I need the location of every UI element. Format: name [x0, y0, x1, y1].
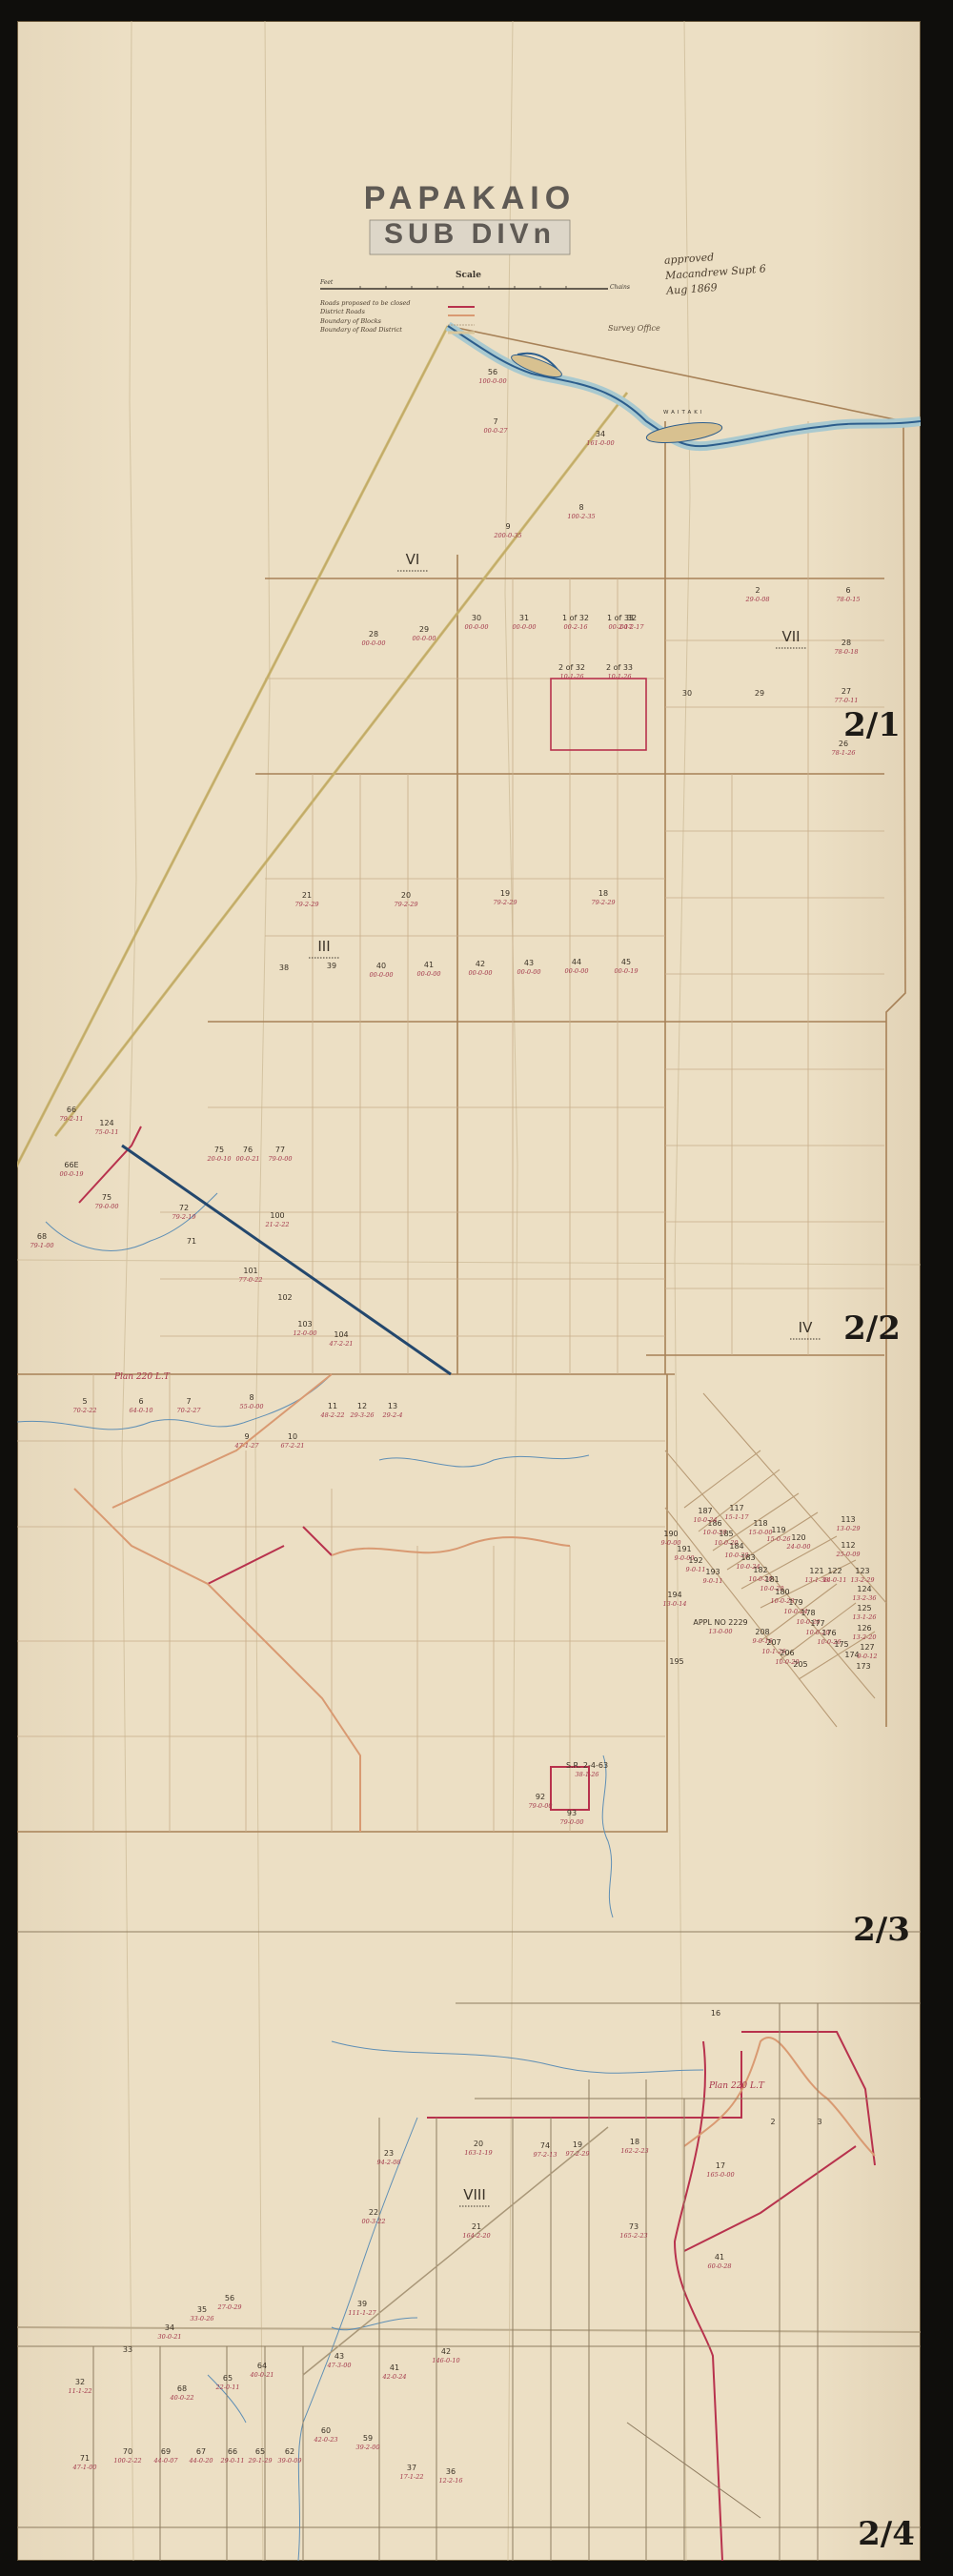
lot-number: 18 — [630, 2138, 639, 2146]
lot-label: 6840-0-22 — [169, 2384, 193, 2402]
lot-number: 6 — [138, 1397, 143, 1406]
lot-number: 18 — [598, 889, 608, 898]
lot-number: 119 — [771, 1526, 785, 1534]
lot-area: 164-2-20 — [462, 2232, 490, 2240]
lot-area: 10-0-24 — [693, 1516, 717, 1524]
lot-number: 191 — [677, 1545, 691, 1553]
lot-label: 1879-2-29 — [591, 889, 615, 906]
lot-number: 64 — [257, 2362, 267, 2370]
lot-area: 9-0-11 — [686, 1566, 706, 1573]
river-label: WAITAKI — [663, 410, 704, 416]
lot-area: 42-0-23 — [313, 2436, 337, 2444]
lot-label: 2777-0-11 — [834, 687, 858, 704]
lot-label: 229-0-08 — [744, 586, 769, 603]
lot-number: 29 — [755, 689, 764, 698]
lot-number: 185 — [719, 1530, 733, 1538]
lot-label: 17165-0-00 — [706, 2161, 734, 2179]
lot-number: 27 — [841, 687, 851, 696]
lot-number: 45 — [621, 958, 631, 966]
lot-area: 163-1-19 — [464, 2149, 492, 2157]
lot-label: 1148-2-22 — [319, 1402, 344, 1419]
lot-area: 64-0-10 — [129, 1407, 152, 1414]
lot-number: 41 — [390, 2363, 399, 2372]
paper-creases — [17, 21, 921, 2561]
lot-number: 179 — [788, 1598, 802, 1607]
lot-number: 65 — [223, 2374, 233, 2383]
lot-number: 34 — [165, 2323, 174, 2332]
lot-label: 20163-1-19 — [464, 2140, 492, 2157]
lot-area: 79-2-29 — [394, 901, 417, 908]
lot-area: 9-0-11 — [703, 1577, 723, 1585]
lot-number: 2 of 32 — [558, 663, 585, 672]
lot-number: 20 — [474, 2140, 483, 2148]
sheet-number: 2/1 — [843, 706, 901, 744]
lot-label: 18710-0-24 — [693, 1507, 717, 1524]
lot-label: 12475-0-11 — [94, 1119, 118, 1136]
lot-number: 40 — [376, 962, 386, 970]
lot-area: 162-2-23 — [620, 2147, 648, 2155]
lot-label: 9279-0-00 — [528, 1793, 552, 1810]
lot-area: 79-0-00 — [268, 1155, 292, 1163]
lot-label: 5627-0-29 — [216, 2294, 241, 2311]
lot-label: 39 — [327, 962, 336, 970]
lot-label: 33 — [123, 2345, 132, 2354]
lot-number: 70 — [123, 2447, 132, 2456]
lot-number: 68 — [177, 2384, 187, 2393]
lot-number: 184 — [729, 1542, 743, 1551]
map-title: PAPAKAIO SUB DIVn — [341, 181, 598, 254]
lot-area: 48-2-22 — [319, 1411, 344, 1419]
lot-label: 5939-2-00 — [355, 2434, 379, 2451]
lot-area: 12-2-16 — [438, 2477, 462, 2485]
lot-area: 47-1-00 — [71, 2464, 96, 2471]
lot-label: 11313-0-29 — [836, 1515, 860, 1532]
lot-label: S.R. 2-4-6338-1-26 — [566, 1761, 608, 1778]
lot-label: 3533-0-26 — [190, 2305, 213, 2322]
lot-number: 32 — [75, 2378, 85, 2386]
lot-number: 127 — [860, 1643, 874, 1652]
title-line-1: PAPAKAIO — [341, 181, 598, 215]
lot-number: 6 — [845, 586, 850, 595]
lot-number: 75 — [214, 1146, 224, 1154]
lot-label: 3430-0-21 — [157, 2323, 181, 2341]
plan-label-2: Plan 220 L.T — [709, 2081, 764, 2091]
lot-number: 66 — [228, 2447, 237, 2456]
lot-number: 181 — [764, 1575, 779, 1584]
lot-area: 12-0-00 — [293, 1329, 316, 1337]
lot-area: 00-0-00 — [412, 635, 436, 642]
lot-number: 32 — [627, 614, 637, 622]
lot-number: 69 — [161, 2447, 171, 2456]
lot-area: 200-0-35 — [493, 532, 521, 539]
lot-area: 00-0-00 — [464, 623, 488, 631]
lot-number: 9 — [244, 1432, 249, 1441]
lot-number: 33 — [123, 2345, 132, 2354]
lot-number: 17 — [716, 2161, 725, 2170]
lot-label: 770-2-27 — [176, 1397, 201, 1414]
lot-number: 68 — [37, 1232, 47, 1241]
lot-label: 38 — [279, 963, 289, 972]
sheet-number: 2/2 — [843, 1309, 901, 1348]
lot-number: 56 — [225, 2294, 234, 2302]
lot-number: 39 — [357, 2300, 367, 2308]
lot-area: 13-2-29 — [850, 1576, 874, 1584]
lot-number: 11 — [328, 1402, 337, 1410]
lot-area: 13-0-29 — [836, 1525, 860, 1532]
lot-label: 9200-0-35 — [493, 522, 521, 539]
lot-label: 2878-0-18 — [834, 639, 858, 656]
lot-label: 3211-1-22 — [68, 2378, 91, 2395]
lot-number: 8 — [249, 1393, 253, 1402]
lot-number: 31 — [519, 614, 529, 622]
lot-number: 30 — [682, 689, 692, 698]
lot-area: 78-1-26 — [831, 749, 855, 757]
lot-area: 77-0-22 — [238, 1276, 262, 1284]
lot-area: 11-1-22 — [68, 2387, 91, 2395]
lot-number: 2 of 33 — [606, 663, 633, 672]
lot-area: 40-0-22 — [169, 2394, 193, 2402]
lot-number: 74 — [540, 2141, 550, 2150]
lot-number: 23 — [384, 2149, 394, 2158]
lot-number: 206 — [780, 1649, 794, 1657]
lot-number: 35 — [197, 2305, 207, 2314]
lot-label: 4142-0-24 — [381, 2363, 406, 2381]
district-roads — [74, 1374, 875, 2156]
lot-number: 123 — [855, 1567, 869, 1575]
lot-area: 29-0-08 — [744, 596, 769, 603]
lot-area: 44-0-20 — [188, 2457, 213, 2464]
title-line-2: SUB DIVn — [341, 215, 598, 254]
lot-label: 2179-2-29 — [294, 891, 318, 908]
lot-number: 207 — [766, 1638, 781, 1647]
lot-label: 7497-2-13 — [533, 2141, 557, 2159]
lot-area: 00-0-19 — [614, 967, 638, 975]
lot-area: 10-1-26 — [607, 673, 631, 680]
lot-number: 73 — [629, 2222, 639, 2231]
lot-label: 102 — [277, 1293, 292, 1302]
lot-number: 126 — [857, 1624, 871, 1633]
lot-area: 47-1-27 — [233, 1442, 259, 1450]
lot-number: 66 — [67, 1105, 76, 1114]
lot-label: APPL NO 222913-0-00 — [693, 1618, 747, 1635]
lot-area: 15-0-26 — [766, 1535, 790, 1543]
lot-area: 14-0-11 — [822, 1576, 846, 1584]
sheet-number: 2/3 — [853, 1911, 910, 1949]
lot-area: 25-0-09 — [835, 1551, 860, 1558]
lot-area: 29-0-11 — [219, 2457, 244, 2464]
lot-area: 00-2-16 — [563, 623, 587, 631]
lot-number: 20 — [401, 891, 411, 900]
lot-label: 1929-0-11 — [686, 1556, 706, 1573]
lot-area: 79-0-00 — [94, 1203, 118, 1210]
lot-area: 00-0-00 — [468, 969, 492, 977]
lot-label: 664-0-10 — [129, 1397, 152, 1414]
lot-label: 7600-0-21 — [235, 1146, 259, 1163]
lot-label: 4300-0-00 — [517, 959, 540, 976]
lot-number: 9 — [505, 522, 510, 531]
lot-number: 28 — [841, 639, 851, 647]
lot-label: 18162-2-23 — [620, 2138, 648, 2155]
scale-right-unit: Chains — [610, 284, 630, 291]
lot-area: 97-2-29 — [565, 2150, 589, 2158]
lot-area: 75-0-11 — [94, 1128, 118, 1136]
lot-number: 175 — [834, 1640, 848, 1649]
block-label: VIII — [459, 2186, 490, 2206]
lot-area: 21-2-22 — [264, 1221, 289, 1228]
lot-label: 2900-0-00 — [412, 625, 436, 642]
scale-bar — [320, 286, 608, 289]
lot-number: 187 — [698, 1507, 712, 1515]
lot-number: 77 — [275, 1146, 285, 1154]
lot-label: 1997-2-29 — [565, 2140, 589, 2158]
lot-label: 30 — [682, 689, 692, 698]
lot-number: 192 — [688, 1556, 702, 1565]
lot-number: 124 — [99, 1119, 113, 1127]
lot-number: 102 — [277, 1293, 292, 1302]
lot-area: 00-2-17 — [619, 623, 644, 631]
lot-label: 678-0-15 — [836, 586, 860, 603]
lot-area: 70-2-22 — [72, 1407, 96, 1414]
lot-number: 34 — [596, 430, 605, 438]
lot-area: 161-0-00 — [586, 439, 614, 447]
lot-label: 2800-0-00 — [361, 630, 385, 647]
lot-number: 195 — [669, 1657, 683, 1666]
lot-number: 21 — [302, 891, 312, 900]
survey-map: 8100-2-359200-0-352800-0-002900-0-003000… — [17, 21, 921, 2561]
lot-area: 17-1-22 — [399, 2473, 423, 2481]
legend: Roads proposed to be closed District Roa… — [320, 299, 444, 335]
lot-number: 66E — [64, 1161, 78, 1169]
approval-annotation: approved Macandrew Supt 6 Aug 1869 — [663, 246, 771, 299]
lot-area: 29-1-29 — [247, 2457, 272, 2464]
lot-number: 62 — [285, 2447, 294, 2456]
lot-label: 6744-0-20 — [188, 2447, 213, 2464]
lot-number: 71 — [80, 2454, 90, 2463]
lot-number: 120 — [791, 1533, 805, 1542]
legend-item-district-roads: District Roads — [320, 308, 444, 317]
lower-sheet-frame — [17, 1932, 921, 2561]
lot-area: 13-0-14 — [662, 1600, 686, 1608]
block-label: VI — [397, 551, 428, 571]
lot-number: 19 — [500, 889, 510, 898]
lot-number: 118 — [753, 1519, 767, 1528]
lot-area: 27-0-29 — [216, 2303, 241, 2311]
lot-label: 195 — [669, 1657, 683, 1666]
lot-label: 1329-2-4 — [382, 1402, 403, 1419]
lot-number: 1 of 32 — [562, 614, 589, 622]
lot-number: 28 — [369, 630, 378, 639]
lot-number: 100 — [270, 1211, 284, 1220]
lot-label: 6879-1-00 — [30, 1232, 53, 1249]
lot-area: 111-1-27 — [348, 2309, 376, 2317]
lot-label: 1279-0-12 — [858, 1643, 878, 1660]
lot-area: 60-0-28 — [707, 2262, 731, 2270]
lot-label: 39111-1-27 — [348, 2300, 376, 2317]
block-numeral: VII — [781, 628, 800, 645]
lot-area: 77-0-11 — [834, 697, 858, 704]
lot-label: 4160-0-28 — [707, 2253, 731, 2270]
block-label: IV — [790, 1319, 821, 1339]
lot-label: 3717-1-22 — [399, 2464, 423, 2481]
lot-area: 13-0-00 — [708, 1628, 732, 1635]
lot-number: 59 — [363, 2434, 373, 2443]
block-numeral: III — [317, 938, 330, 955]
lot-area: 55-0-00 — [239, 1403, 263, 1410]
legend-item-roads-closed: Roads proposed to be closed — [320, 299, 444, 308]
lot-number: 190 — [663, 1530, 678, 1538]
lot-number: 193 — [705, 1568, 720, 1576]
lot-label: 6042-0-23 — [313, 2426, 337, 2444]
lot-area: 20-0-10 — [206, 1155, 231, 1163]
lot-number: 76 — [243, 1146, 253, 1154]
lot-number: 194 — [667, 1591, 681, 1599]
lot-number: 103 — [297, 1320, 312, 1329]
lot-label: 7520-0-10 — [206, 1146, 231, 1163]
lot-number: 112 — [841, 1541, 855, 1550]
scale-left-unit: Feet — [320, 279, 333, 286]
lot-number: 8 — [578, 503, 583, 512]
lot-label: 1 of 3200-2-16 — [562, 614, 589, 631]
lot-number: 2 — [755, 586, 760, 595]
lot-number: 178 — [801, 1609, 815, 1617]
lot-number: 22 — [369, 2208, 378, 2217]
lot-label: 21164-2-20 — [462, 2222, 490, 2240]
lot-label: 11815-0-00 — [748, 1519, 772, 1536]
lot-label: 6529-1-29 — [247, 2447, 272, 2464]
lot-label: 2 of 3310-1-26 — [606, 663, 633, 680]
lot-number: 44 — [572, 958, 581, 966]
lot-number: 56 — [488, 368, 497, 376]
lot-area: 94-2-08 — [376, 2159, 400, 2166]
lot-label: 173 — [856, 1662, 870, 1671]
lot-area: 13-1-26 — [852, 1613, 876, 1621]
lot-number: 41 — [424, 961, 434, 969]
lot-label: 6239-0-09 — [277, 2447, 301, 2464]
lot-area: 100-2-35 — [567, 513, 595, 520]
lot-area: 78-0-18 — [834, 648, 858, 656]
lot-label: 175 — [834, 1640, 848, 1649]
block-numeral: IV — [799, 1319, 813, 1336]
lot-number: 30 — [472, 614, 481, 622]
lot-number: 43 — [524, 959, 534, 967]
lot-number: 113 — [841, 1515, 855, 1524]
lot-label: 6944-0-07 — [152, 2447, 178, 2464]
lot-number: 43 — [335, 2352, 344, 2361]
lot-label: 9379-0-00 — [559, 1809, 583, 1826]
lot-number: APPL NO 2229 — [693, 1618, 747, 1627]
block-numeral: VIII — [463, 2186, 486, 2203]
upper-subdivision-boundaries — [17, 326, 905, 1832]
lot-number: 39 — [327, 962, 336, 970]
lot-area: 00-0-00 — [517, 968, 540, 976]
lot-label: 66E00-0-19 — [59, 1161, 83, 1178]
lot-area: 15-1-17 — [724, 1513, 749, 1521]
lot-area: 39-0-09 — [277, 2457, 301, 2464]
legend-item-road-district: Boundary of Road District — [320, 326, 444, 335]
lot-number: 5 — [82, 1397, 87, 1406]
lot-area: 22-0-11 — [214, 2383, 239, 2391]
lot-number: 60 — [321, 2426, 331, 2435]
lot-number: 36 — [446, 2467, 456, 2476]
lot-label: 4000-0-00 — [369, 962, 393, 979]
lot-area: 00-0-27 — [483, 427, 508, 435]
lot-number: 117 — [729, 1504, 743, 1512]
sheet-number: 2/4 — [858, 2515, 915, 2553]
lot-number: 180 — [775, 1588, 789, 1596]
streams — [17, 1193, 703, 2561]
lot-label: 70100-2-22 — [113, 2447, 141, 2464]
lot-label: 10447-2-21 — [328, 1330, 353, 1348]
lot-number: 3 — [817, 2118, 821, 2126]
lot-label: 3100-0-00 — [512, 614, 536, 631]
lot-area: 00-0-19 — [59, 1170, 83, 1178]
lot-number: 19 — [573, 2140, 582, 2149]
lot-label: 7579-0-00 — [94, 1193, 118, 1210]
lot-label: 4400-0-00 — [564, 958, 588, 975]
lot-area: 39-2-00 — [355, 2444, 379, 2451]
scale-label: Scale — [456, 271, 481, 280]
lot-area: 00-0-00 — [564, 967, 588, 975]
lot-label: 10021-2-22 — [264, 1211, 289, 1228]
lot-area: 29-2-4 — [382, 1411, 403, 1419]
lot-area: 00-3-22 — [361, 2218, 385, 2225]
lot-label: 16 — [711, 2009, 720, 2018]
lot-number: 21 — [472, 2222, 481, 2231]
lot-number: 124 — [857, 1585, 871, 1593]
lot-area: 47-3-00 — [326, 2362, 351, 2369]
lot-label: 2 of 3210-1-26 — [558, 663, 585, 680]
lot-area: 97-2-13 — [533, 2151, 557, 2159]
lot-area: 70-2-27 — [176, 1407, 201, 1414]
lot-number: 75 — [102, 1193, 112, 1202]
lot-label: 2394-2-08 — [376, 2149, 400, 2166]
lot-area: 44-0-07 — [152, 2457, 178, 2464]
lot-number: 182 — [753, 1566, 767, 1574]
lot-number: 104 — [334, 1330, 348, 1339]
lot-label: 2200-3-22 — [361, 2208, 385, 2225]
lot-area: 100-0-00 — [478, 377, 506, 385]
lot-label: 855-0-00 — [239, 1393, 263, 1410]
lot-number: 208 — [755, 1628, 769, 1636]
block-boundary-blue — [122, 1146, 451, 1374]
legend-item-block-boundary: Boundary of Blocks — [320, 317, 444, 326]
lot-number: 205 — [793, 1660, 807, 1669]
lot-area: 79-1-00 — [30, 1242, 53, 1249]
lot-number: 16 — [711, 2009, 720, 2018]
lot-number: 42 — [441, 2347, 451, 2356]
lot-number: 12 — [357, 1402, 367, 1410]
lot-area: 79-0-00 — [559, 1818, 583, 1826]
lot-area: 165-2-23 — [619, 2232, 647, 2240]
block-label: VII — [776, 628, 806, 648]
road-district-boundary — [17, 326, 627, 1184]
lot-number: 41 — [715, 2253, 724, 2262]
lot-area: 00-0-21 — [235, 1155, 259, 1163]
lot-number: 13 — [388, 1402, 397, 1410]
lot-area: 38-1-26 — [575, 1771, 598, 1778]
lot-number: 71 — [187, 1237, 196, 1246]
lot-number: 92 — [536, 1793, 545, 1801]
lot-area: 10-1-26 — [559, 673, 583, 680]
lot-area: 13-2-36 — [852, 1594, 876, 1602]
lot-number: 37 — [407, 2464, 416, 2472]
lot-area: 79-2-29 — [591, 899, 615, 906]
lot-number: 101 — [243, 1267, 257, 1275]
lot-label: 29 — [755, 689, 764, 698]
lot-area: 29-3-26 — [349, 1411, 374, 1419]
lot-area: 33-0-26 — [190, 2315, 213, 2322]
lot-area: 165-0-00 — [706, 2171, 734, 2179]
